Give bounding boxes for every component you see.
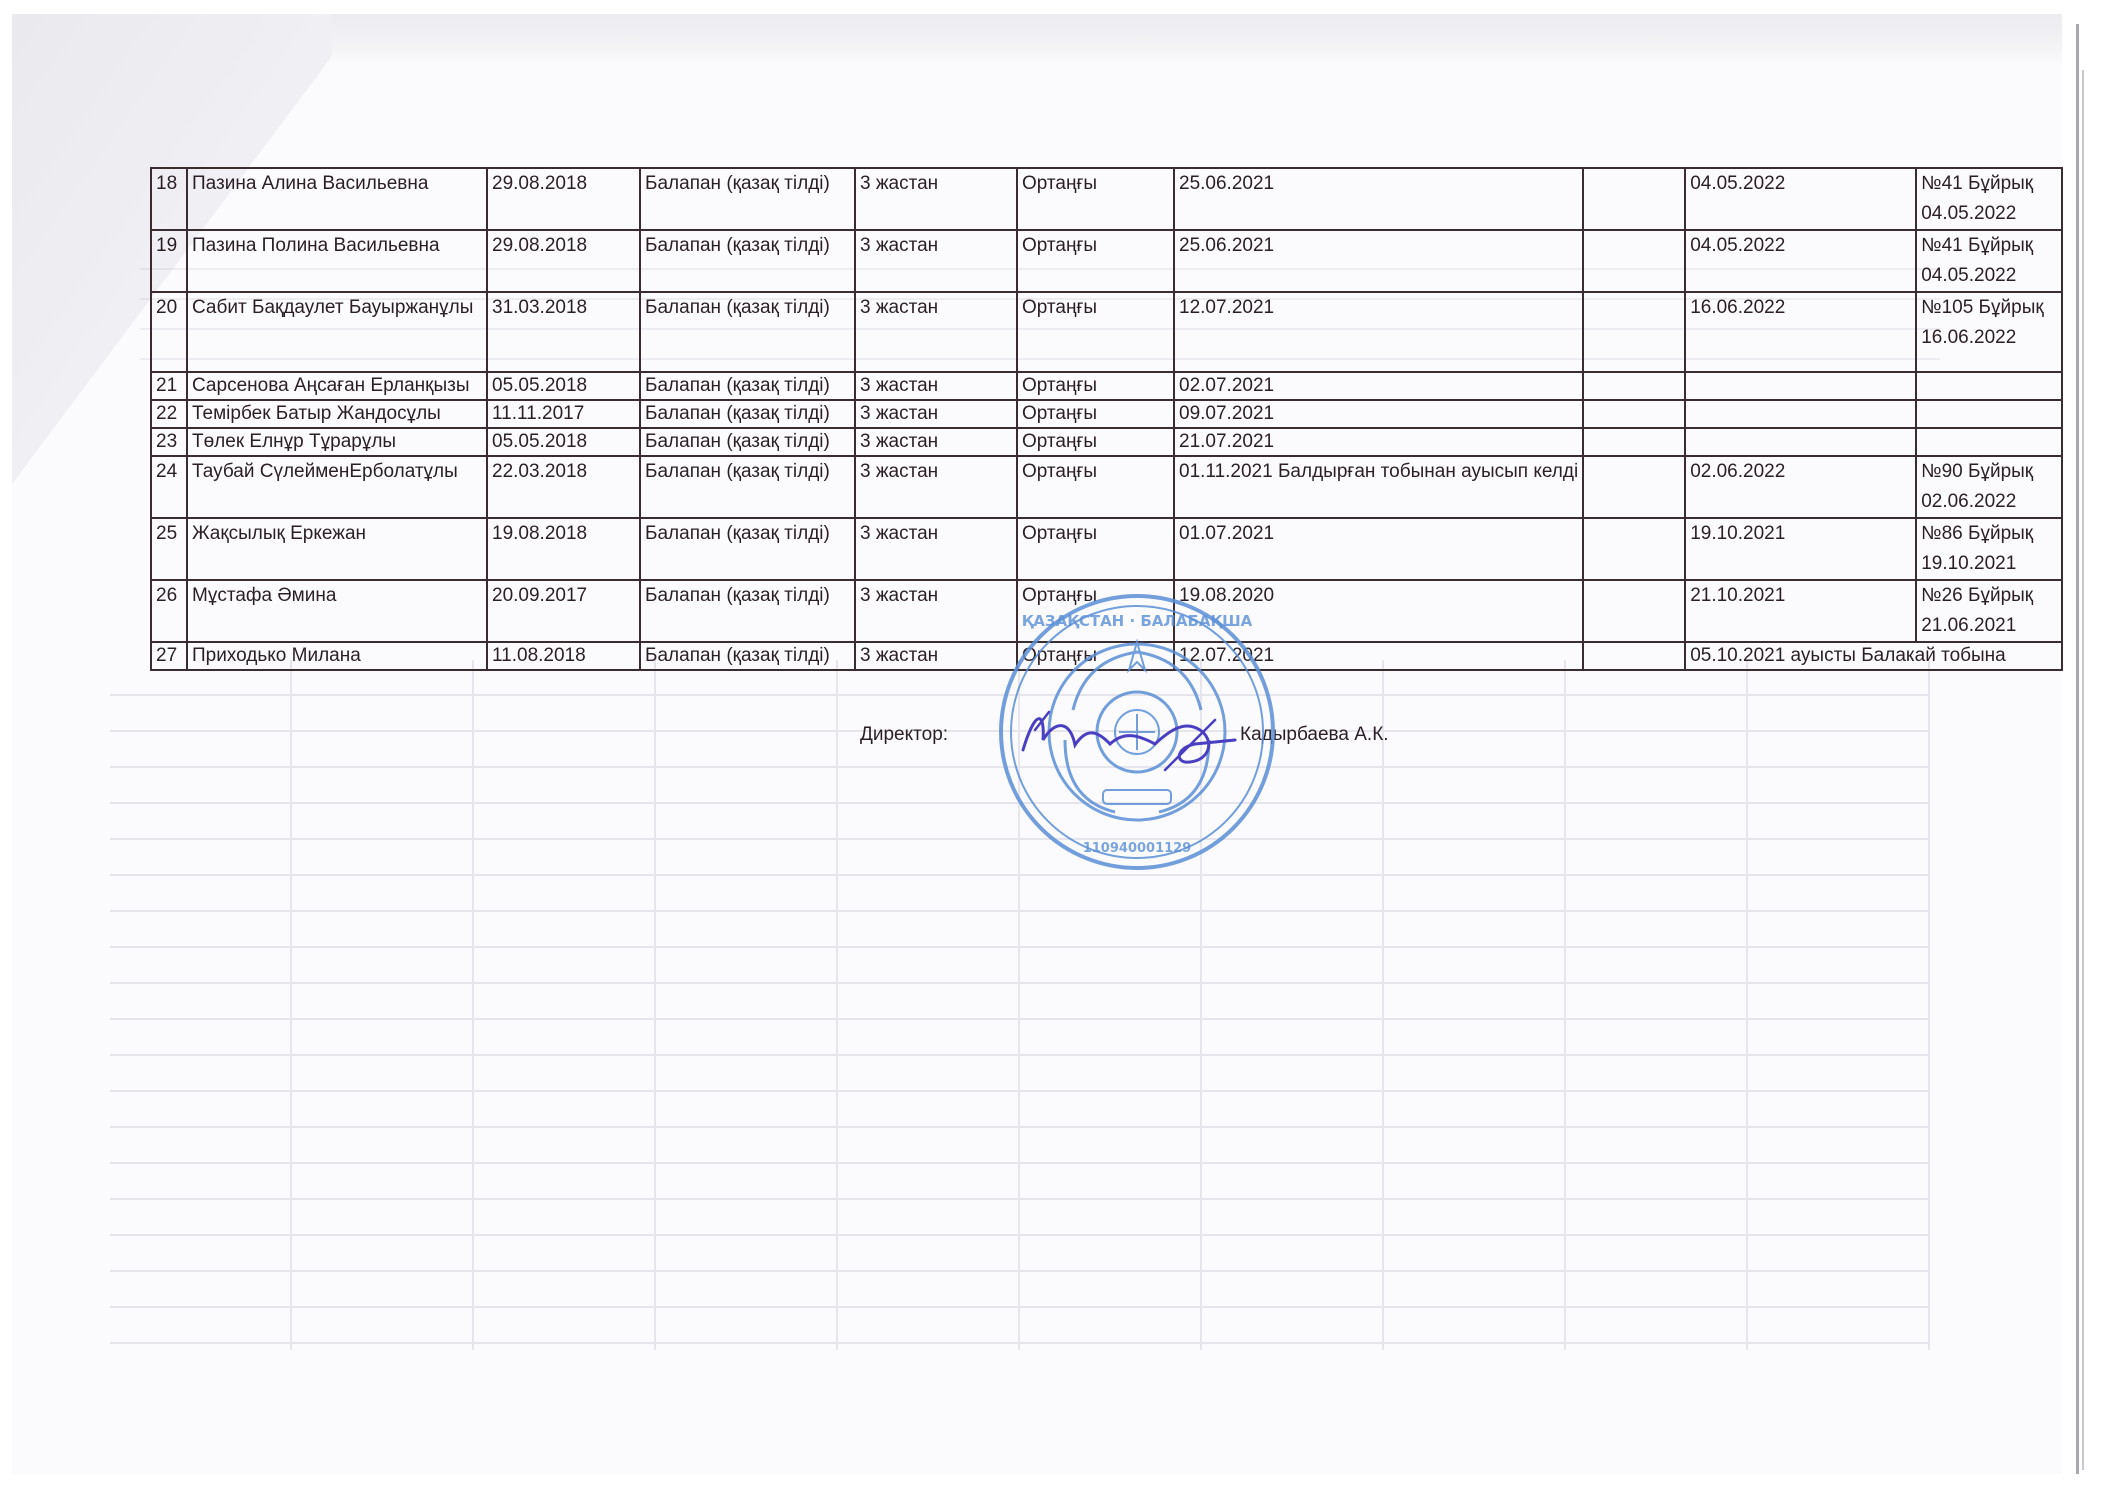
order-reference: №41 Бұйрық04.05.2022 bbox=[1916, 230, 2062, 292]
table-row: 22Темірбек Батыр Жандосұлы11.11.2017Бала… bbox=[151, 400, 2062, 428]
row-number: 21 bbox=[151, 372, 187, 400]
departure-date: 21.10.2021 bbox=[1685, 580, 1916, 642]
order-date: 04.05.2022 bbox=[1921, 261, 2057, 291]
row-number: 24 bbox=[151, 456, 187, 518]
notes-cell bbox=[1583, 292, 1685, 372]
row-number: 23 bbox=[151, 428, 187, 456]
notes-cell bbox=[1583, 400, 1685, 428]
group-type: Ортаңғы bbox=[1017, 518, 1174, 580]
notes-cell bbox=[1583, 230, 1685, 292]
notes-cell bbox=[1583, 580, 1685, 642]
order-date: 16.06.2022 bbox=[1921, 323, 2057, 353]
order-date: 21.06.2021 bbox=[1921, 611, 2057, 641]
notes-cell bbox=[1583, 456, 1685, 518]
order-reference: №105 Бұйрық16.06.2022 bbox=[1916, 292, 2062, 372]
age-category: 3 жастан bbox=[855, 372, 1017, 400]
departure-date: 02.06.2022 bbox=[1685, 456, 1916, 518]
child-name: Мұстафа Әмина bbox=[187, 580, 487, 642]
order-reference: №90 Бұйрық02.06.2022 bbox=[1916, 456, 2062, 518]
departure-date: 16.06.2022 bbox=[1685, 292, 1916, 372]
table-row: 25Жақсылық Еркежан19.08.2018Балапан (қаз… bbox=[151, 518, 2062, 580]
notes-cell bbox=[1583, 642, 1685, 670]
birth-date: 05.05.2018 bbox=[487, 372, 640, 400]
order-date: 04.05.2022 bbox=[1921, 199, 2057, 229]
row-number: 19 bbox=[151, 230, 187, 292]
director-signature-icon bbox=[1015, 700, 1245, 780]
age-category: 3 жастан bbox=[855, 292, 1017, 372]
age-category: 3 жастан bbox=[855, 168, 1017, 230]
age-category: 3 жастан bbox=[855, 580, 1017, 642]
child-name: Пазина Полина Васильевна bbox=[187, 230, 487, 292]
group-name: Балапан (қазақ тілді) bbox=[640, 168, 855, 230]
page-right-edge-secondary bbox=[2082, 70, 2084, 1470]
svg-text:ҚАЗАҚСТАН · БАЛАБАҚША: ҚАЗАҚСТАН · БАЛАБАҚША bbox=[1022, 612, 1253, 630]
group-name: Балапан (қазақ тілді) bbox=[640, 400, 855, 428]
departure-date: 19.10.2021 bbox=[1685, 518, 1916, 580]
notes-cell bbox=[1583, 428, 1685, 456]
birth-date: 29.08.2018 bbox=[487, 168, 640, 230]
admission-date: 02.07.2021 bbox=[1174, 372, 1583, 400]
child-name: Пазина Алина Васильевна bbox=[187, 168, 487, 230]
group-name: Балапан (қазақ тілді) bbox=[640, 580, 855, 642]
birth-date: 31.03.2018 bbox=[487, 292, 640, 372]
birth-date: 19.08.2018 bbox=[487, 518, 640, 580]
svg-text:110940001129: 110940001129 bbox=[1083, 841, 1192, 856]
order-reference bbox=[1916, 400, 2062, 428]
departure-date bbox=[1685, 372, 1916, 400]
notes-cell bbox=[1583, 168, 1685, 230]
table-row: 23Төлек Елнұр Тұрарұлы05.05.2018Балапан … bbox=[151, 428, 2062, 456]
table-row: 20Сабит Бақдаулет Бауыржанұлы31.03.2018Б… bbox=[151, 292, 2062, 372]
birth-date: 05.05.2018 bbox=[487, 428, 640, 456]
child-name: Төлек Елнұр Тұрарұлы bbox=[187, 428, 487, 456]
age-category: 3 жастан bbox=[855, 518, 1017, 580]
order-reference: №86 Бұйрық19.10.2021 bbox=[1916, 518, 2062, 580]
order-number: №26 Бұйрық bbox=[1921, 581, 2057, 611]
departure-date bbox=[1685, 400, 1916, 428]
group-name: Балапан (қазақ тілді) bbox=[640, 518, 855, 580]
group-name: Балапан (қазақ тілді) bbox=[640, 230, 855, 292]
row-number: 25 bbox=[151, 518, 187, 580]
table-row: 19Пазина Полина Васильевна29.08.2018Бала… bbox=[151, 230, 2062, 292]
row-number: 20 bbox=[151, 292, 187, 372]
row-number: 22 bbox=[151, 400, 187, 428]
departure-note: 05.10.2021 ауысты Балакай тобына bbox=[1685, 642, 2062, 670]
order-reference: №41 Бұйрық04.05.2022 bbox=[1916, 168, 2062, 230]
child-name: Сабит Бақдаулет Бауыржанұлы bbox=[187, 292, 487, 372]
group-name: Балапан (қазақ тілді) bbox=[640, 428, 855, 456]
director-title: Директор: bbox=[860, 724, 948, 746]
group-name: Балапан (қазақ тілді) bbox=[640, 642, 855, 670]
age-category: 3 жастан bbox=[855, 428, 1017, 456]
table-row: 18Пазина Алина Васильевна29.08.2018Балап… bbox=[151, 168, 2062, 230]
departure-date: 04.05.2022 bbox=[1685, 230, 1916, 292]
age-category: 3 жастан bbox=[855, 400, 1017, 428]
departure-date: 04.05.2022 bbox=[1685, 168, 1916, 230]
admission-date: 01.11.2021 Балдырған тобынан ауысып келд… bbox=[1174, 456, 1583, 518]
child-name: Таубай СүлейменЕрболатұлы bbox=[187, 456, 487, 518]
age-category: 3 жастан bbox=[855, 642, 1017, 670]
admission-date: 09.07.2021 bbox=[1174, 400, 1583, 428]
page-right-edge bbox=[2076, 24, 2079, 1474]
group-type: Ортаңғы bbox=[1017, 230, 1174, 292]
row-number: 27 bbox=[151, 642, 187, 670]
table-row: 21Сарсенова Аңсаған Ерланқызы05.05.2018Б… bbox=[151, 372, 2062, 400]
order-date: 02.06.2022 bbox=[1921, 487, 2057, 517]
admission-date: 12.07.2021 bbox=[1174, 292, 1583, 372]
group-type: Ортаңғы bbox=[1017, 428, 1174, 456]
order-date: 19.10.2021 bbox=[1921, 549, 2057, 579]
notes-cell bbox=[1583, 372, 1685, 400]
birth-date: 29.08.2018 bbox=[487, 230, 640, 292]
birth-date: 20.09.2017 bbox=[487, 580, 640, 642]
row-number: 18 bbox=[151, 168, 187, 230]
child-name: Приходько Милана bbox=[187, 642, 487, 670]
order-number: №41 Бұйрық bbox=[1921, 231, 2057, 261]
group-type: Ортаңғы bbox=[1017, 292, 1174, 372]
group-type: Ортаңғы bbox=[1017, 168, 1174, 230]
group-type: Ортаңғы bbox=[1017, 372, 1174, 400]
admission-date: 25.06.2021 bbox=[1174, 230, 1583, 292]
birth-date: 11.08.2018 bbox=[487, 642, 640, 670]
birth-date: 22.03.2018 bbox=[487, 456, 640, 518]
notes-cell bbox=[1583, 518, 1685, 580]
departure-date bbox=[1685, 428, 1916, 456]
group-name: Балапан (қазақ тілді) bbox=[640, 292, 855, 372]
group-name: Балапан (қазақ тілді) bbox=[640, 456, 855, 518]
order-number: №41 Бұйрық bbox=[1921, 169, 2057, 199]
admission-date: 25.06.2021 bbox=[1174, 168, 1583, 230]
order-number: №105 Бұйрық bbox=[1921, 293, 2057, 323]
admission-date: 01.07.2021 bbox=[1174, 518, 1583, 580]
child-name: Жақсылық Еркежан bbox=[187, 518, 487, 580]
order-reference bbox=[1916, 428, 2062, 456]
admission-date: 21.07.2021 bbox=[1174, 428, 1583, 456]
child-name: Сарсенова Аңсаған Ерланқызы bbox=[187, 372, 487, 400]
group-type: Ортаңғы bbox=[1017, 456, 1174, 518]
age-category: 3 жастан bbox=[855, 456, 1017, 518]
birth-date: 11.11.2017 bbox=[487, 400, 640, 428]
order-reference bbox=[1916, 372, 2062, 400]
table-row: 24Таубай СүлейменЕрболатұлы22.03.2018Бал… bbox=[151, 456, 2062, 518]
group-name: Балапан (қазақ тілді) bbox=[640, 372, 855, 400]
order-number: №86 Бұйрық bbox=[1921, 519, 2057, 549]
order-reference: №26 Бұйрық21.06.2021 bbox=[1916, 580, 2062, 642]
child-name: Темірбек Батыр Жандосұлы bbox=[187, 400, 487, 428]
group-type: Ортаңғы bbox=[1017, 400, 1174, 428]
row-number: 26 bbox=[151, 580, 187, 642]
order-number: №90 Бұйрық bbox=[1921, 457, 2057, 487]
age-category: 3 жастан bbox=[855, 230, 1017, 292]
